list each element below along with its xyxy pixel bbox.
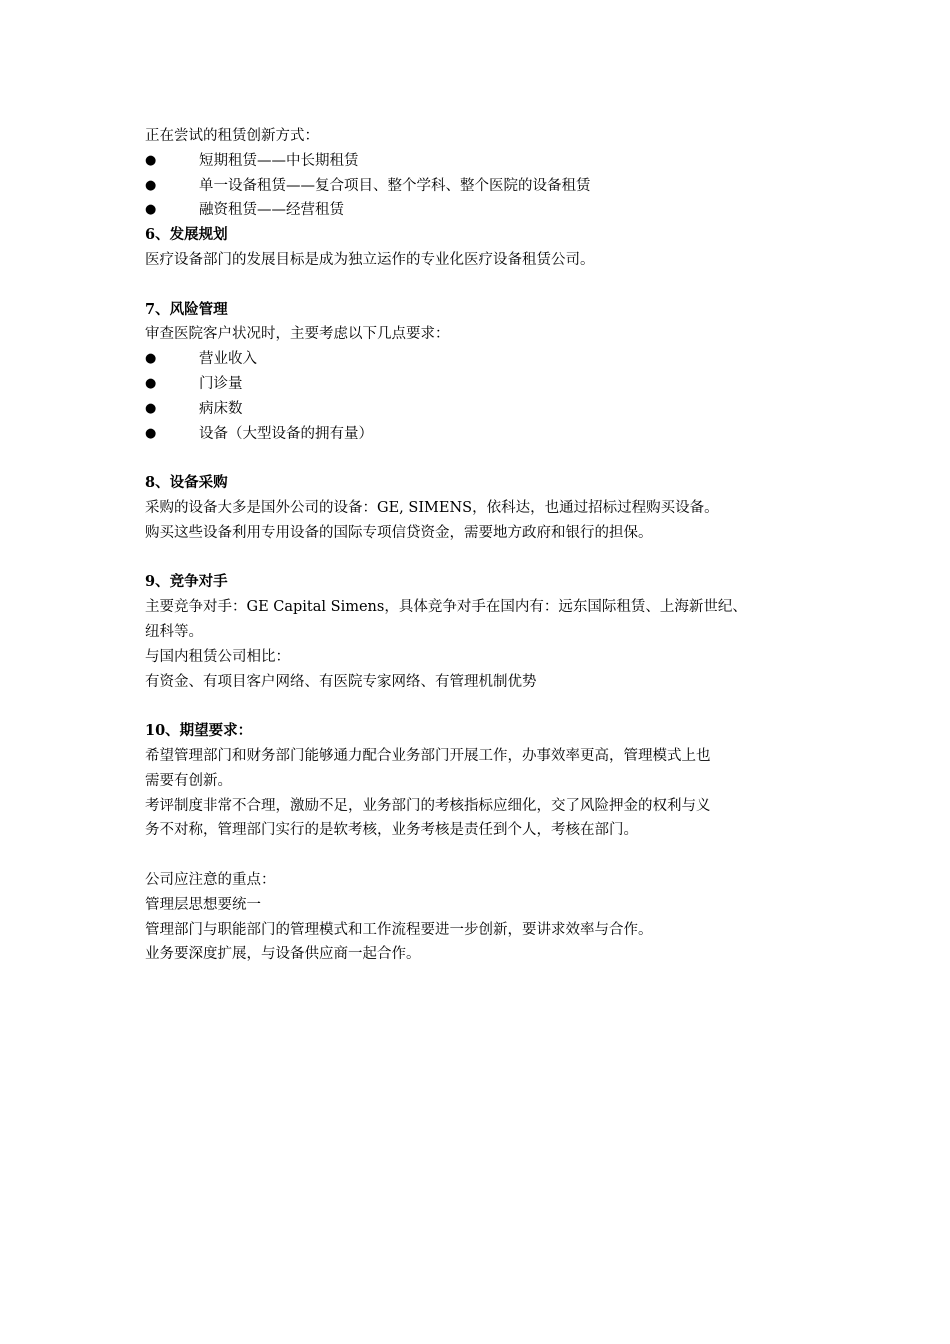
paragraph: 购买这些设备利用专用设备的国际专项信贷资金，需要地方政府和银行的担保。 — [145, 521, 815, 546]
intro-title: 正在尝试的租赁创新方式： — [145, 124, 815, 149]
bullet-icon: ● — [145, 149, 156, 174]
list-item: ●短期租赁——中长期租赁 — [145, 149, 815, 174]
bullet-icon: ● — [145, 422, 156, 447]
list-item: ●营业收入 — [145, 347, 815, 372]
paragraph: 主要竞争对手：GE Capital Simens，具体竞争对手在国内有：远东国际… — [145, 595, 815, 620]
paragraph: 审查医院客户状况时，主要考虑以下几点要求： — [145, 322, 815, 347]
bullet-icon: ● — [145, 372, 156, 397]
section-heading: 8、设备采购 — [145, 471, 815, 496]
paragraph: 管理部门与职能部门的管理模式和工作流程要进一步创新，要讲求效率与合作。 — [145, 918, 815, 943]
section-heading: 7、风险管理 — [145, 298, 815, 323]
spacer — [145, 273, 815, 298]
paragraph: 需要有创新。 — [145, 769, 815, 794]
section-heading: 10、期望要求： — [145, 719, 815, 744]
section-heading: 6、发展规划 — [145, 223, 815, 248]
bullet-icon: ● — [145, 174, 156, 199]
paragraph: 管理层思想要统一 — [145, 893, 815, 918]
list-item: ●病床数 — [145, 397, 815, 422]
document-page: 正在尝试的租赁创新方式： ●短期租赁——中长期租赁 ●单一设备租赁——复合项目、… — [145, 124, 815, 967]
spacer — [145, 843, 815, 868]
focus-title: 公司应注意的重点： — [145, 868, 815, 893]
paragraph: 有资金、有项目客户网络、有医院专家网络、有管理机制优势 — [145, 670, 815, 695]
spacer — [145, 546, 815, 571]
list-item: ●融资租赁——经营租赁 — [145, 198, 815, 223]
section-heading: 9、竞争对手 — [145, 570, 815, 595]
paragraph: 采购的设备大多是国外公司的设备：GE, SIMENS，依科达，也通过招标过程购买… — [145, 496, 815, 521]
paragraph: 希望管理部门和财务部门能够通力配合业务部门开展工作，办事效率更高，管理模式上也 — [145, 744, 815, 769]
list-item: ●门诊量 — [145, 372, 815, 397]
paragraph: 纽科等。 — [145, 620, 815, 645]
spacer — [145, 446, 815, 471]
spacer — [145, 694, 815, 719]
list-item: ●设备（大型设备的拥有量） — [145, 422, 815, 447]
bullet-icon: ● — [145, 397, 156, 422]
bullet-icon: ● — [145, 198, 156, 223]
paragraph: 医疗设备部门的发展目标是成为独立运作的专业化医疗设备租赁公司。 — [145, 248, 815, 273]
paragraph: 务不对称，管理部门实行的是软考核，业务考核是责任到个人，考核在部门。 — [145, 818, 815, 843]
bullet-icon: ● — [145, 347, 156, 372]
paragraph: 与国内租赁公司相比： — [145, 645, 815, 670]
paragraph: 业务要深度扩展，与设备供应商一起合作。 — [145, 942, 815, 967]
paragraph: 考评制度非常不合理，激励不足，业务部门的考核指标应细化，交了风险押金的权利与义 — [145, 794, 815, 819]
list-item: ●单一设备租赁——复合项目、整个学科、整个医院的设备租赁 — [145, 174, 815, 199]
